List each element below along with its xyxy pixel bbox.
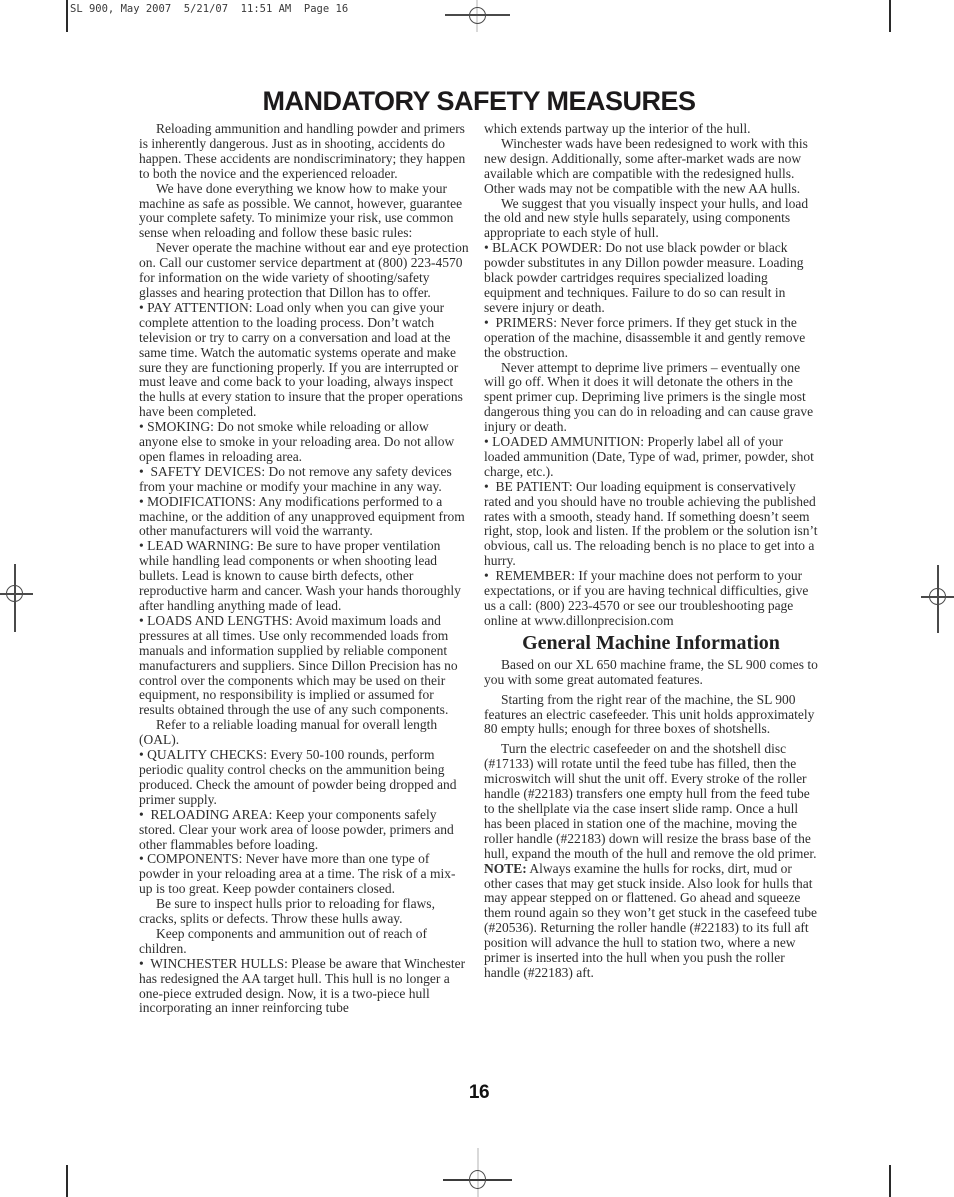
bullet-item: • LOADS AND LENGTHS: Avoid maximum loads… <box>139 614 469 718</box>
paragraph: We have done everything we know how to m… <box>139 182 469 242</box>
crop-tick-top-right <box>889 0 891 32</box>
left-column: Reloading ammunition and handling powder… <box>139 122 469 1016</box>
bullet-item: • PAY ATTENTION: Load only when you can … <box>139 301 469 420</box>
paragraph: Refer to a reliable loading manual for o… <box>139 718 469 748</box>
bullet-item: • MODIFICATIONS: Any modifications perfo… <box>139 495 469 540</box>
page-title: MANDATORY SAFETY MEASURES <box>139 86 819 117</box>
paragraph: Keep components and ammunition out of re… <box>139 927 469 957</box>
bullet-item: • LOADED AMMUNITION: Properly label all … <box>484 435 818 480</box>
paragraph: We suggest that you visually inspect you… <box>484 197 818 242</box>
bullet-item: • BLACK POWDER: Do not use black powder … <box>484 241 818 316</box>
crop-tick-bottom-right <box>889 1165 891 1197</box>
paragraph: Turn the electric casefeeder on and the … <box>484 742 818 981</box>
paragraph: Never attempt to deprime live primers – … <box>484 361 818 436</box>
bullet-item: • SAFETY DEVICES: Do not remove any safe… <box>139 465 469 495</box>
registration-mark-right-circle <box>929 588 946 605</box>
right-column: which extends partway up the interior of… <box>484 122 818 1016</box>
paragraph: Reloading ammunition and handling powder… <box>139 122 469 182</box>
bullet-item: • QUALITY CHECKS: Every 50-100 rounds, p… <box>139 748 469 808</box>
paragraph: Never operate the machine without ear an… <box>139 241 469 301</box>
bullet-item: • REMEMBER: If your machine does not per… <box>484 569 818 629</box>
section-heading: General Machine Information <box>484 632 818 654</box>
bullet-item: • RELOADING AREA: Keep your components s… <box>139 808 469 853</box>
page-number: 16 <box>439 1082 519 1104</box>
crop-tick-bottom-left <box>66 1165 68 1197</box>
paragraph: Starting from the right rear of the mach… <box>484 693 818 738</box>
bullet-item: • SMOKING: Do not smoke while reloading … <box>139 420 469 465</box>
bullet-item: • BE PATIENT: Our loading equipment is c… <box>484 480 818 569</box>
print-slug: SL 900, May 2007 5/21/07 11:51 AM Page 1… <box>70 3 348 15</box>
crop-tick-top-left <box>66 0 68 32</box>
paragraph: Winchester wads have been redesigned to … <box>484 137 818 197</box>
registration-mark-left-circle <box>6 585 23 602</box>
bullet-item: • COMPONENTS: Never have more than one t… <box>139 852 469 897</box>
paragraph: which extends partway up the interior of… <box>484 122 818 137</box>
bullet-item: • PRIMERS: Never force primers. If they … <box>484 316 818 361</box>
bullet-item: • WINCHESTER HULLS: Please be aware that… <box>139 957 469 1017</box>
bullet-item: • LEAD WARNING: Be sure to have proper v… <box>139 539 469 614</box>
registration-mark-top-circle <box>469 7 486 24</box>
paragraph: Be sure to inspect hulls prior to reload… <box>139 897 469 927</box>
registration-mark-bottom-circle <box>469 1170 486 1189</box>
paragraph: Based on our XL 650 machine frame, the S… <box>484 658 818 688</box>
two-column-body: Reloading ammunition and handling powder… <box>139 122 819 1016</box>
